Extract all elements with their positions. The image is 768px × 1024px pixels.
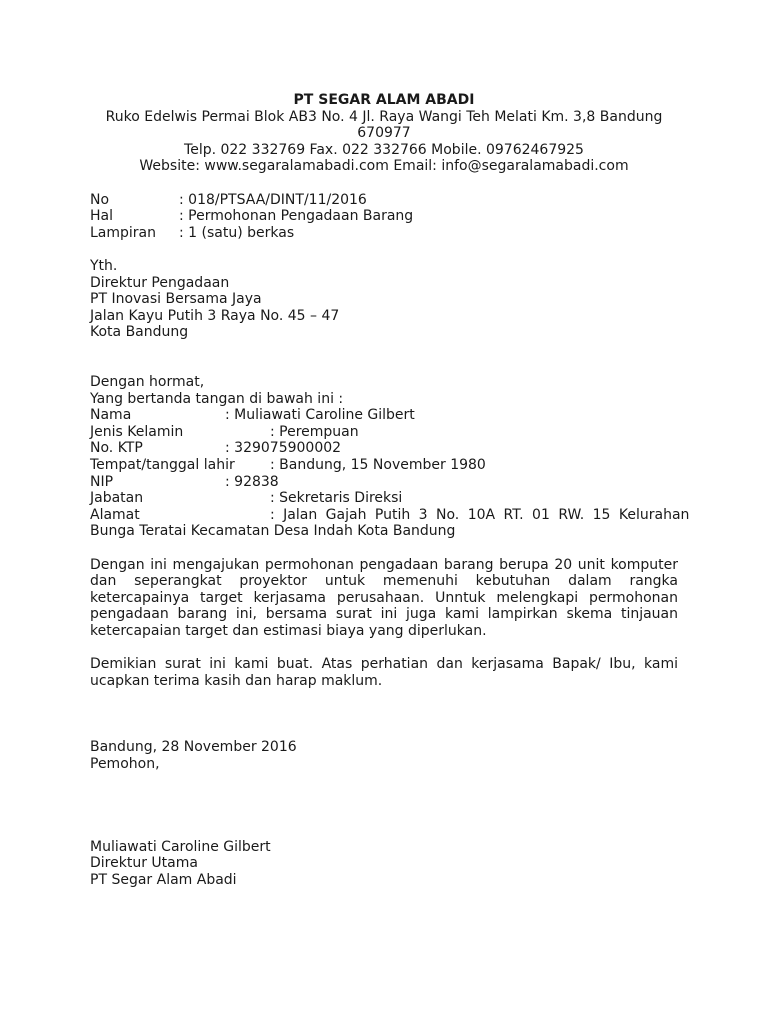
identity-label: Jabatan [90,490,143,507]
identity-row: NIP : 92838 [90,474,678,491]
identity-value: : Bandung, 15 November 1980 [270,457,486,474]
identity-value: : Sekretaris Direksi [270,490,402,507]
identity-row: Tempat/tanggal lahir : Bandung, 15 Novem… [90,457,678,474]
greeting: Dengan hormat, [90,374,678,391]
meta-label: No [90,192,109,209]
identity-label: Alamat [90,507,140,524]
identity-row: Nama : Muliawati Caroline Gilbert [90,407,678,424]
recipient-city: Kota Bandung [90,324,678,341]
identity-value: : 329075900002 [225,440,341,457]
identity-label: Tempat/tanggal lahir [90,457,235,474]
recipient-company: PT Inovasi Bersama Jaya [90,291,678,308]
identity-row-address: Alamat : Jalan Gajah Putih 3 No. 10A RT.… [90,507,678,524]
meta-value: : 018/PTSAA/DINT/11/2016 [179,192,367,209]
body-paragraph-2: Demikian surat ini kami buat. Atas perha… [90,656,678,689]
meta-row-hal: Hal : Permohonan Pengadaan Barang [90,208,678,225]
signer-company: PT Segar Alam Abadi [90,872,678,889]
address-value-line1: : Jalan Gajah Putih 3 No. 10A RT. 01 RW.… [270,507,678,524]
identity-table: Nama : Muliawati Caroline Gilbert Jenis … [90,407,678,540]
recipient-title: Direktur Pengadaan [90,275,678,292]
company-address-line2: 670977 [90,125,678,142]
meta-value: : 1 (satu) berkas [179,225,294,242]
identity-row: Jenis Kelamin : Perempuan [90,424,678,441]
company-address-line1: Ruko Edelwis Permai Blok AB3 No. 4 Jl. R… [90,109,678,126]
closing-role: Pemohon, [90,756,678,773]
company-contact: Telp. 022 332769 Fax. 022 332766 Mobile.… [90,142,678,159]
identity-value: : Muliawati Caroline Gilbert [225,407,415,424]
recipient-street: Jalan Kayu Putih 3 Raya No. 45 – 47 [90,308,678,325]
signer-title: Direktur Utama [90,855,678,872]
intro-line: Yang bertanda tangan di bawah ini : [90,391,678,408]
meta-label: Lampiran [90,225,156,242]
company-name: PT SEGAR ALAM ABADI [90,92,678,109]
letter-page: PT SEGAR ALAM ABADI Ruko Edelwis Permai … [90,92,678,889]
recipient-salutation: Yth. [90,258,678,275]
letter-meta: No : 018/PTSAA/DINT/11/2016 Hal : Permoh… [90,192,678,242]
letterhead: PT SEGAR ALAM ABADI Ruko Edelwis Permai … [90,92,678,175]
identity-row: No. KTP : 329075900002 [90,440,678,457]
identity-label: NIP [90,474,113,491]
place-date: Bandung, 28 November 2016 [90,739,678,756]
closing-block: Bandung, 28 November 2016 Pemohon, Mulia… [90,739,678,888]
recipient-block: Yth. Direktur Pengadaan PT Inovasi Bersa… [90,258,678,341]
opening: Dengan hormat, Yang bertanda tangan di b… [90,374,678,407]
meta-label: Hal [90,208,113,225]
identity-label: Jenis Kelamin [90,424,183,441]
signer-name: Muliawati Caroline Gilbert [90,839,678,856]
meta-row-no: No : 018/PTSAA/DINT/11/2016 [90,192,678,209]
identity-value: : Perempuan [270,424,359,441]
meta-row-lampiran: Lampiran : 1 (satu) berkas [90,225,678,242]
identity-value: : 92838 [225,474,279,491]
meta-value: : Permohonan Pengadaan Barang [179,208,413,225]
identity-label: No. KTP [90,440,143,457]
address-value-line2: Bunga Teratai Kecamatan Desa Indah Kota … [90,523,678,540]
body-paragraph-1: Dengan ini mengajukan permohonan pengada… [90,557,678,640]
identity-label: Nama [90,407,131,424]
identity-row: Jabatan : Sekretaris Direksi [90,490,678,507]
company-web-email: Website: www.segaralamabadi.com Email: i… [90,158,678,175]
address-text: : Jalan Gajah Putih 3 No. 10A RT. 01 RW.… [270,507,678,524]
